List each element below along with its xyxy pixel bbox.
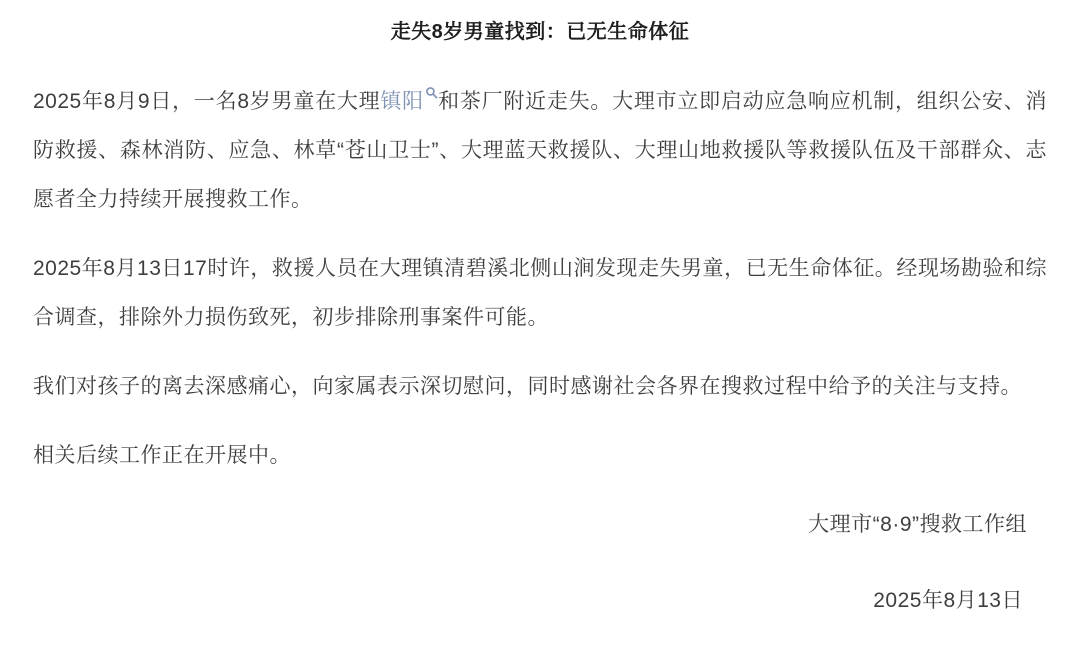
date: 2025年8月13日 — [33, 576, 1047, 625]
page-title: 走失8岁男童找到：已无生命体征 — [33, 21, 1047, 43]
entity-link-text[interactable]: 镇阳 — [380, 90, 424, 113]
entity-link-zhenyang[interactable]: 镇阳 — [380, 90, 438, 113]
paragraph-incident-text-before-link: 2025年8月9日，一名8岁男童在大理 — [33, 90, 380, 113]
signature: 大理市“8·9”搜救工作组 — [33, 500, 1047, 549]
search-icon[interactable] — [425, 86, 438, 99]
article-page: 走失8岁男童找到：已无生命体征 2025年8月9日，一名8岁男童在大理镇阳和茶厂… — [0, 0, 1080, 663]
paragraph-condolence: 我们对孩子的离去深感痛心，向家属表示深切慰问，同时感谢社会各界在搜救过程中给予的… — [33, 362, 1047, 411]
paragraph-discovery: 2025年8月13日17时许，救援人员在大理镇清碧溪北侧山涧发现走失男童，已无生… — [33, 244, 1047, 342]
paragraph-incident: 2025年8月9日，一名8岁男童在大理镇阳和茶厂附近走失。大理市立即启动应急响应… — [33, 77, 1047, 224]
paragraph-followup: 相关后续工作正在开展中。 — [33, 431, 1047, 480]
